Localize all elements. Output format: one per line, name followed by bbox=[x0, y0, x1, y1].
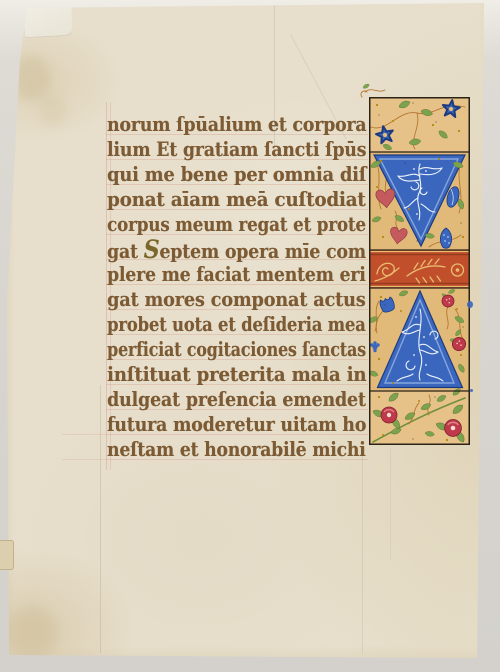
manuscript-text-line: perficiat cogitaciones ſanctas bbox=[107, 336, 366, 364]
ruling-line bbox=[62, 434, 106, 435]
text-block: norum ſpūalium et corpora lium Et gratia… bbox=[107, 111, 366, 463]
crease bbox=[390, 448, 391, 560]
marginal-flourish bbox=[361, 83, 385, 97]
manuscript-text-line: gat Septem opera mīe com bbox=[107, 236, 366, 264]
torn-corner-damage bbox=[23, 0, 73, 38]
manuscript-text-line: ponat aīam meā cuſtodiat bbox=[107, 186, 366, 214]
ruling-line bbox=[62, 459, 106, 460]
manuscript-text-line: futura moderetur uitam ho bbox=[107, 411, 366, 439]
manuscript-text-line: plere me faciat mentem eri bbox=[107, 261, 366, 289]
photograph-backdrop: norum ſpūalium et corpora lium Et gratia… bbox=[0, 0, 500, 672]
crease bbox=[362, 448, 363, 654]
stain bbox=[40, 95, 66, 125]
blue-paint-splatter bbox=[467, 301, 473, 308]
illuminated-border bbox=[369, 97, 470, 445]
parchment-edge-tab bbox=[0, 540, 14, 570]
manuscript-text-line: probet uota et deſideria mea bbox=[107, 311, 366, 339]
manuscript-text-line: dulgeat preſencia emendet bbox=[107, 386, 366, 414]
manuscript-text-line: inſtituat preterita mala in bbox=[107, 361, 366, 389]
blue-paint-splatter bbox=[470, 389, 473, 392]
manuscript-text-line: gat mores componat actus bbox=[107, 286, 366, 314]
stain bbox=[6, 606, 58, 660]
manuscript-text-line: neſtam et honorabilē michi bbox=[107, 436, 366, 464]
stain bbox=[12, 55, 50, 101]
manuscript-text-line: qui me bene per omnia diſ bbox=[107, 161, 366, 189]
manuscript-page: norum ſpūalium et corpora lium Et gratia… bbox=[0, 0, 500, 672]
manuscript-text-line: norum ſpūalium et corpora bbox=[107, 111, 366, 139]
crease bbox=[100, 385, 101, 653]
manuscript-text-line: lium Et gratiam ſancti ſpūs bbox=[107, 136, 366, 164]
